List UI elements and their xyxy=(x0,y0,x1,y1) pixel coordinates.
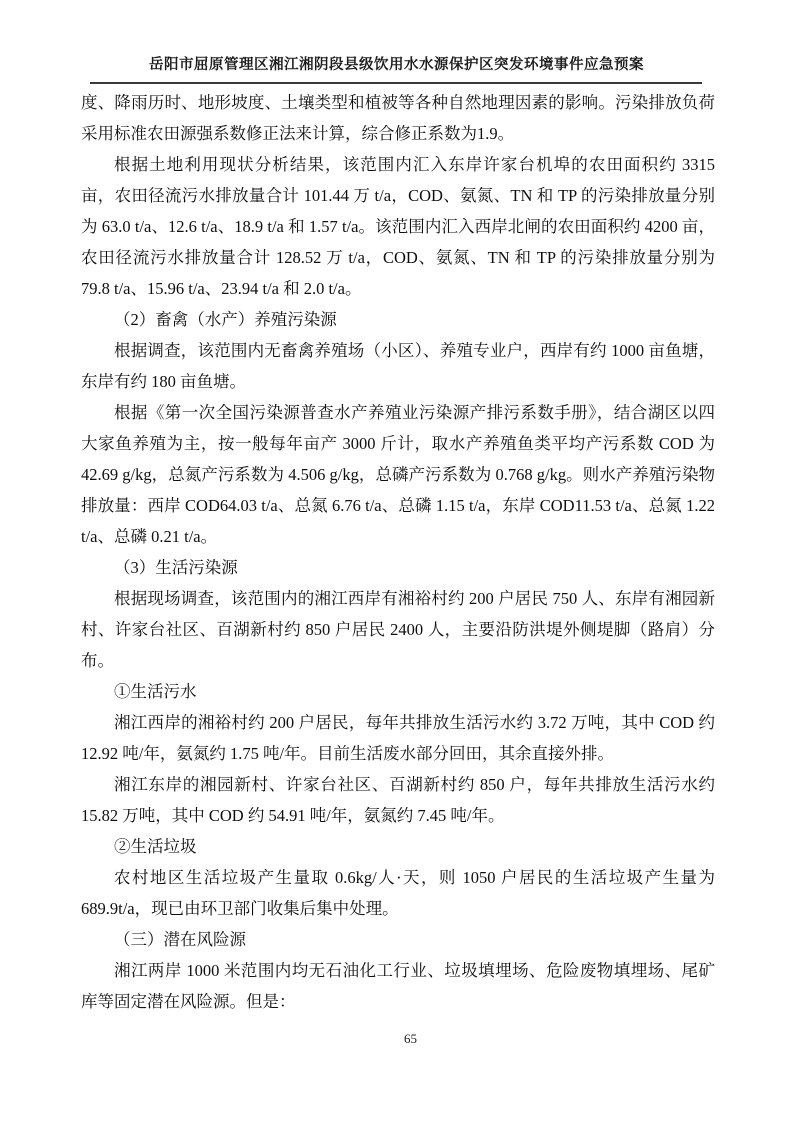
paragraph: 湘江两岸 1000 米范围内均无石油化工行业、垃圾填埋场、危险废物填埋场、尾矿库… xyxy=(81,955,715,1017)
paragraph: 湘江东岸的湘园新村、许家台社区、百湖新村约 850 户，每年共排放生活污水约 1… xyxy=(81,769,715,831)
paragraph: 根据《第一次全国污染源普查水产养殖业污染源产排污系数手册》，结合湖区以四大家鱼养… xyxy=(81,397,715,552)
document-page: 岳阳市屈原管理区湘江湘阴段县级饮用水水源保护区突发环境事件应急预案 度、降雨历时… xyxy=(0,0,793,1122)
page-header-title: 岳阳市屈原管理区湘江湘阴段县级饮用水水源保护区突发环境事件应急预案 xyxy=(0,53,793,74)
paragraph: 根据土地利用现状分析结果，该范围内汇入东岸许家台机埠的农田面积约 3315 亩，… xyxy=(81,149,715,304)
paragraph: （3）生活污染源 xyxy=(81,552,715,583)
paragraph: 湘江西岸的湘裕村约 200 户居民，每年共排放生活污水约 3.72 万吨，其中 … xyxy=(81,707,715,769)
document-body: 度、降雨历时、地形坡度、土壤类型和植被等各种自然地理因素的影响。污染排放负荷采用… xyxy=(81,87,715,1017)
paragraph: 农村地区生活垃圾产生量取 0.6kg/人·天，则 1050 户居民的生活垃圾产生… xyxy=(81,862,715,924)
paragraph: 根据现场调查，该范围内的湘江西岸有湘裕村约 200 户居民 750 人、东岸有湘… xyxy=(81,583,715,676)
paragraph: （三）潜在风险源 xyxy=(81,924,715,955)
paragraph: ①生活污水 xyxy=(81,676,715,707)
header-divider xyxy=(90,82,702,84)
page-number: 65 xyxy=(0,1031,793,1047)
paragraph: 度、降雨历时、地形坡度、土壤类型和植被等各种自然地理因素的影响。污染排放负荷采用… xyxy=(81,87,715,149)
paragraph: 根据调查，该范围内无畜禽养殖场（小区）、养殖专业户，西岸有约 1000 亩鱼塘，… xyxy=(81,335,715,397)
paragraph: （2）畜禽（水产）养殖污染源 xyxy=(81,304,715,335)
paragraph: ②生活垃圾 xyxy=(81,831,715,862)
